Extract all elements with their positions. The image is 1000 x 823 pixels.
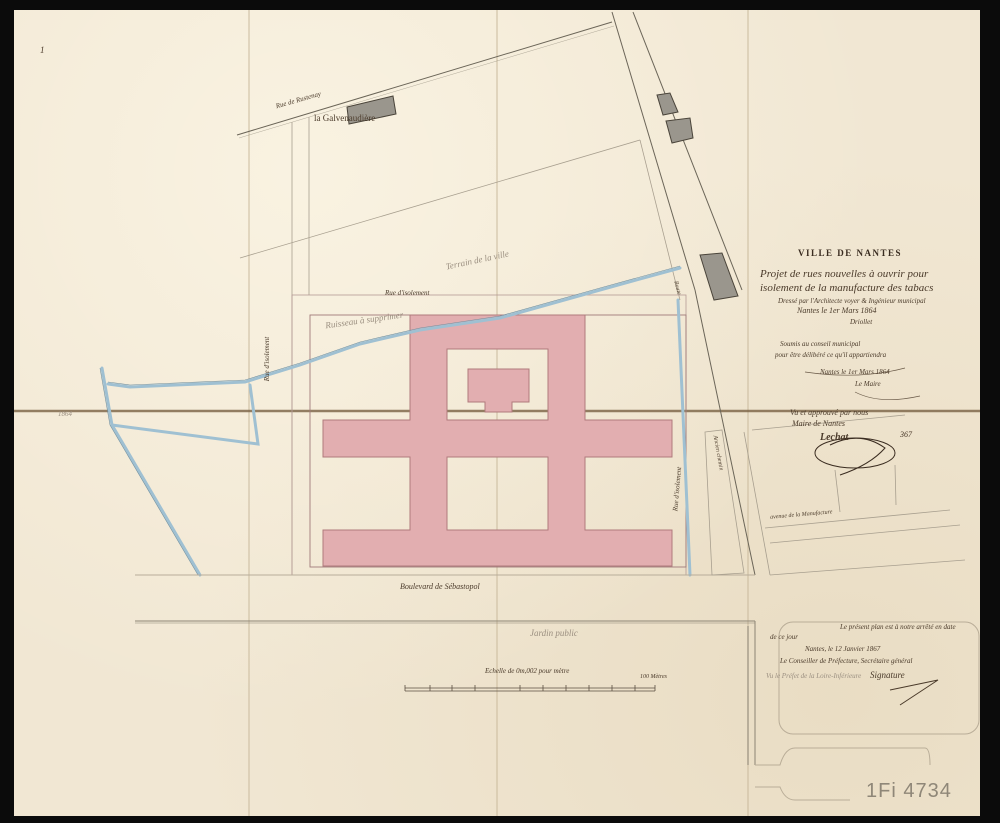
architect-signature: Driollet bbox=[850, 318, 872, 326]
upper-note-line1: Soumis au conseil municipal bbox=[780, 340, 860, 348]
scale-bar-title: Echelle de 0m,002 pour mètre bbox=[485, 667, 569, 675]
cartouche-signature: Signature bbox=[870, 670, 905, 680]
cartouche-line3: Le Conseiller de Préfecture, Secrétaire … bbox=[780, 657, 912, 665]
map-subtitle-line1: Projet de rues nouvelles à ouvrir pour bbox=[760, 268, 928, 280]
map-sheet: VILLE DE NANTES Projet de rues nouvelles… bbox=[14, 10, 980, 816]
label-rue-isolement-top: Rue d'isolement bbox=[385, 289, 429, 297]
label-jardin-public: Jardin public bbox=[530, 628, 578, 638]
rue-top bbox=[237, 22, 614, 138]
approval-number: 367 bbox=[900, 430, 912, 439]
label-rue-isolement-left: Rue d'isolement bbox=[263, 337, 271, 381]
label-boulevard: Boulevard de Sébastopol bbox=[400, 582, 480, 591]
mayor-signature-flourish bbox=[815, 438, 895, 475]
drawn-by-line: Dressé par l'Architecte voyer & Ingénieu… bbox=[778, 297, 926, 305]
cartouche-faint-note: Vu le Préfet de la Loire-Inférieure bbox=[766, 672, 861, 680]
upper-note-line2: pour être délibéré ce qu'il appartiendra bbox=[775, 351, 886, 359]
scale-bar-end-label: 100 Mètres bbox=[640, 674, 667, 680]
label-galvenaudiere: la Galvenaudière bbox=[314, 113, 375, 123]
scale-bar bbox=[405, 685, 655, 691]
approval-line1: Vu et approuvé par nous bbox=[790, 408, 868, 417]
approval-signature: Lechat bbox=[820, 432, 848, 443]
date-line: Nantes le 1er Mars 1864 bbox=[797, 306, 877, 315]
approval-line2: Maire de Nantes bbox=[792, 419, 845, 428]
map-title: VILLE DE NANTES bbox=[798, 248, 902, 258]
map-subtitle-line2: isolement de la manufacture des tabacs bbox=[760, 282, 933, 294]
boulevard-lines bbox=[135, 575, 755, 765]
cartouche-line2: de ce jour bbox=[770, 633, 798, 641]
upper-note-signature: Le Maire bbox=[855, 380, 881, 388]
upper-note-date: Nantes le 1er Mars 1864 bbox=[820, 368, 890, 376]
margin-mark-top-left: 1 bbox=[40, 45, 45, 55]
margin-note-left: 1864 bbox=[58, 410, 72, 418]
cartouche-line1: Le présent plan est à notre arrêté en da… bbox=[840, 623, 956, 631]
cartouche-date: Nantes, le 12 Janvier 1867 bbox=[805, 645, 880, 653]
archive-reference: 1Fi 4734 bbox=[866, 780, 952, 803]
